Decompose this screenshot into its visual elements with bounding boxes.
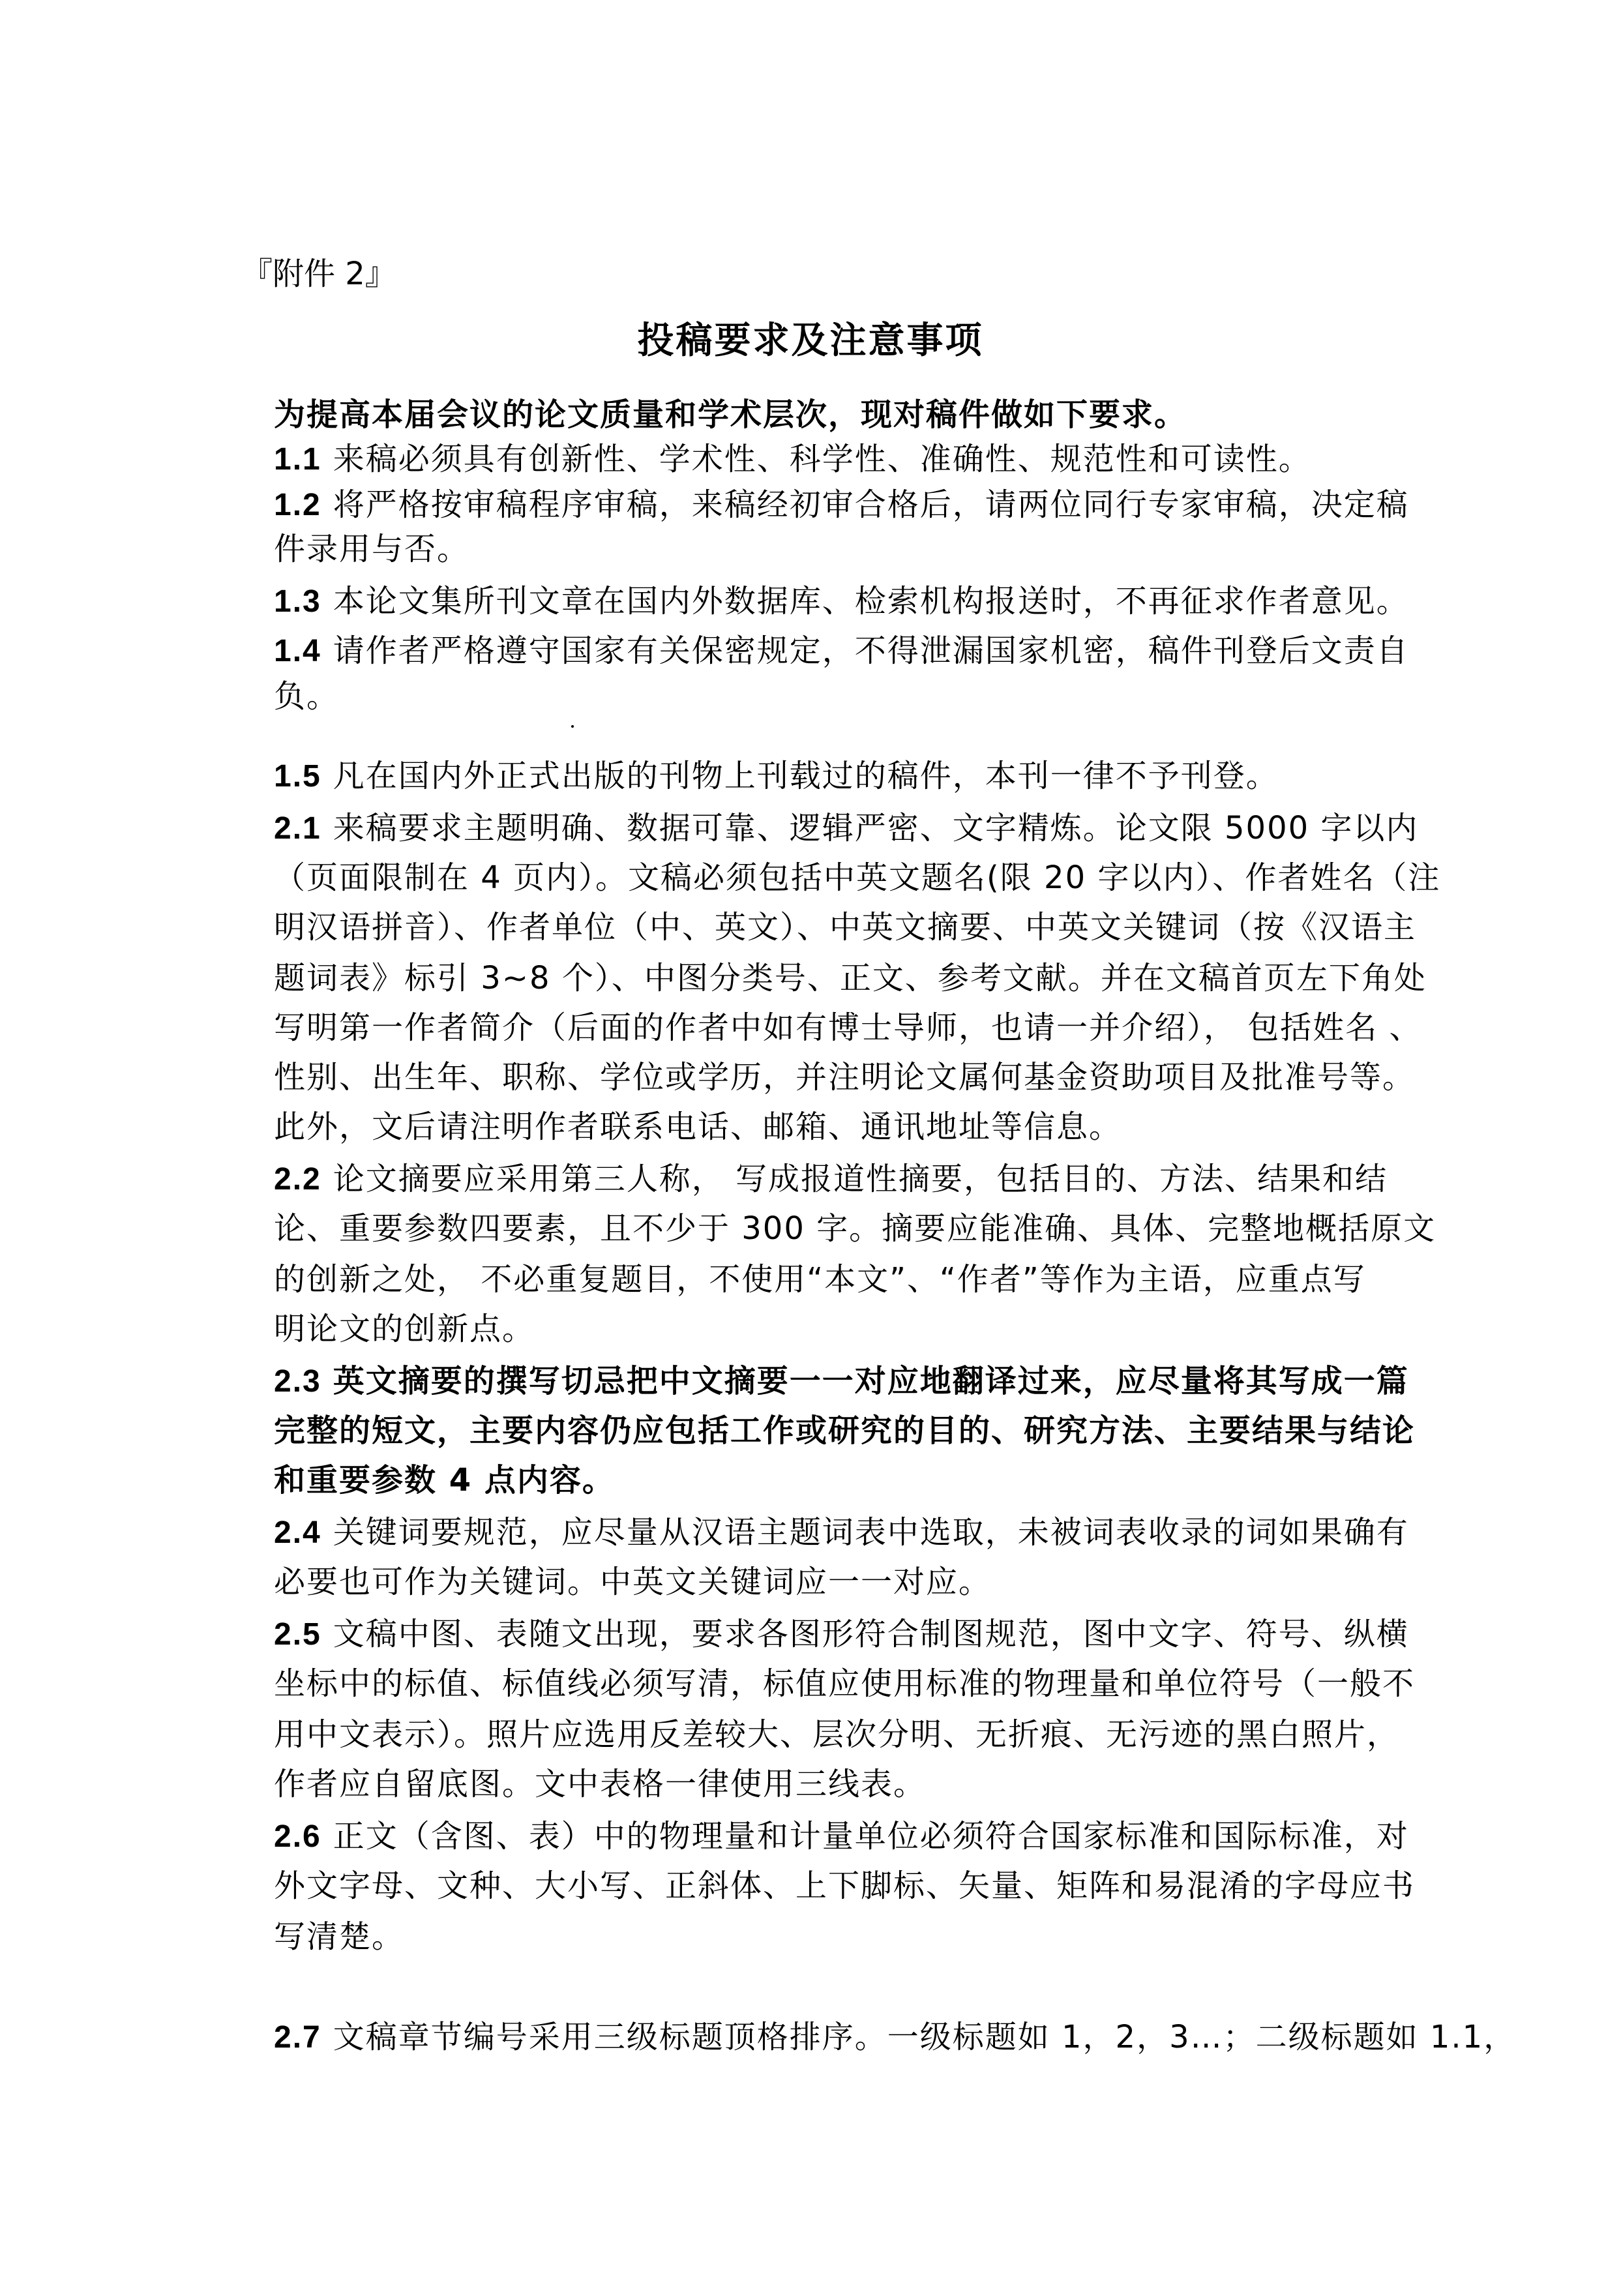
section-1-2: 1.2将严格按审稿程序审稿，来稿经初审合格后，请两位同行专家审稿，决定稿 [274,485,1356,525]
section-2-4-line-2: 必要也可作为关键词。中英文关键词应一一对应。 [274,1562,1356,1602]
section-2-3: 2.3英文摘要的撰写切忌把中文摘要一一对应地翻译过来，应尽量将其写成一篇 [274,1362,1356,1401]
section-2-2-line-3: 的创新之处， 不必重复题目，不使用“本文”、“作者”等作为主语，应重点写 [274,1260,1356,1299]
section-2-1-line-3: 明汉语拼音）、作者单位（中、英文）、中英文摘要、中英文关键词（按《汉语主 [274,908,1356,947]
section-1-4-cont: 负。 [274,677,1356,716]
section-text: 英文摘要的撰写切忌把中文摘要一一对应地翻译过来，应尽量将其写成一篇 [333,1363,1409,1399]
section-1-1: 1.1来稿必须具有创新性、学术性、科学性、准确性、规范性和可读性。 [274,440,1356,479]
section-1-4: 1.4请作者严格遵守国家有关保密规定，不得泄漏国家机密，稿件刊登后文责自 [274,631,1356,671]
section-1-5: 1.5凡在国内外正式出版的刊物上刊载过的稿件，本刊一律不予刊登。 [274,756,1356,796]
section-2-1-line-6: 性别、出生年、职称、学位或学历，并注明论文属何基金资助项目及批准号等。 [274,1058,1356,1097]
section-2-2: 2.2论文摘要应采用第三人称， 写成报道性摘要，包括目的、方法、结果和结 [274,1159,1356,1199]
section-number: 1.1 [274,442,321,477]
section-2-5-line-4: 作者应自留底图。文中表格一律使用三线表。 [274,1765,1356,1804]
section-2-2-line-2: 论、重要参数四要素，且不少于 300 字。摘要应能准确、具体、完整地概括原文 [274,1209,1356,1248]
section-number: 1.5 [274,759,321,794]
intro-text: 为提高本届会议的论文质量和学术层次，现对稿件做如下要求。 [274,395,1356,434]
section-2-6-line-2: 外文字母、文种、大小写、正斜体、上下脚标、矢量、矩阵和易混淆的字母应书 [274,1866,1356,1905]
section-number: 1.2 [274,488,321,522]
section-number: 2.1 [274,811,321,846]
section-text: 论文摘要应采用第三人称， 写成报道性摘要，包括目的、方法、结果和结 [333,1161,1388,1197]
section-2-5-line-3: 用中文表示）。照片应选用反差较大、层次分明、无折痕、无污迹的黑白照片， [274,1715,1356,1754]
section-text: 文稿中图、表随文出现，要求各图形符合制图规范，图中文字、符号、纵横 [333,1616,1409,1652]
section-number: 2.2 [274,1162,321,1197]
section-1-2-cont: 件录用与否。 [274,529,1356,569]
section-number: 1.4 [274,634,321,668]
section-text: 凡在国内外正式出版的刊物上刊载过的稿件，本刊一律不予刊登。 [333,758,1279,794]
section-text: 来稿要求主题明确、数据可靠、逻辑严密、文字精炼。论文限 5000 字以内 [333,810,1419,846]
section-1-3: 1.3本论文集所刊文章在国内外数据库、检索机构报送时，不再征求作者意见。 [274,582,1356,621]
section-2-2-line-4: 明论文的创新点。 [274,1309,1356,1349]
section-text: 将严格按审稿程序审稿，来稿经初审合格后，请两位同行专家审稿，决定稿 [333,486,1409,523]
section-2-5-line-2: 坐标中的标值、标值线必须写清，标值应使用标准的物理量和单位符号（一般不 [274,1664,1356,1703]
attachment-label: 『附件 2』 [241,254,396,293]
section-number: 1.3 [274,584,321,619]
section-text: 正文（含图、表）中的物理量和计量单位必须符合国家标准和国际标准，对 [333,1818,1409,1855]
document-page: 『附件 2』 投稿要求及注意事项 为提高本届会议的论文质量和学术层次，现对稿件做… [0,0,1621,2296]
page-title: 投稿要求及注意事项 [0,318,1621,364]
section-number: 2.5 [274,1617,321,1652]
section-2-1-line-5: 写明第一作者简介（后面的作者中如有博士导师，也请一并介绍）， 包括姓名 、 [274,1008,1356,1047]
section-2-1-line-7: 此外，文后请注明作者联系电话、邮箱、通讯地址等信息。 [274,1107,1356,1146]
section-2-3-line-2: 完整的短文，主要内容仍应包括工作或研究的目的、研究方法、主要结果与结论 [274,1411,1356,1450]
section-number: 2.3 [274,1364,321,1399]
section-text: 关键词要规范，应尽量从汉语主题词表中选取，未被词表收录的词如果确有 [333,1514,1409,1551]
scan-speck [571,725,574,728]
section-2-1-line-2: （页面限制在 4 页内）。文稿必须包括中英文题名(限 20 字以内）、作者姓名（… [274,858,1356,897]
section-number: 2.4 [274,1515,321,1550]
section-text: 请作者严格遵守国家有关保密规定，不得泄漏国家机密，稿件刊登后文责自 [333,633,1409,669]
section-2-3-line-3: 和重要参数 4 点内容。 [274,1461,1356,1500]
section-number: 2.7 [274,2020,321,2055]
section-2-7: 2.7文稿章节编号采用三级标题顶格排序。一级标题如 1，2，3…；二级标题如 1… [274,2018,1356,2057]
section-text: 来稿必须具有创新性、学术性、科学性、准确性、规范性和可读性。 [333,441,1311,477]
section-text: 文稿章节编号采用三级标题顶格排序。一级标题如 1，2，3…；二级标题如 1.1， [333,2019,1516,2055]
section-2-5: 2.5文稿中图、表随文出现，要求各图形符合制图规范，图中文字、符号、纵横 [274,1615,1356,1654]
section-number: 2.6 [274,1819,321,1854]
section-2-1: 2.1来稿要求主题明确、数据可靠、逻辑严密、文字精炼。论文限 5000 字以内 [274,809,1356,848]
section-2-6-line-3: 写清楚。 [274,1917,1356,1956]
section-2-6: 2.6正文（含图、表）中的物理量和计量单位必须符合国家标准和国际标准，对 [274,1817,1356,1856]
section-2-1-line-4: 题词表》标引 3~8 个）、中图分类号、正文、参考文献。并在文稿首页左下角处 [274,959,1356,998]
section-text: 本论文集所刊文章在国内外数据库、检索机构报送时，不再征求作者意见。 [333,583,1409,619]
section-2-4: 2.4关键词要规范，应尽量从汉语主题词表中选取，未被词表收录的词如果确有 [274,1513,1356,1553]
